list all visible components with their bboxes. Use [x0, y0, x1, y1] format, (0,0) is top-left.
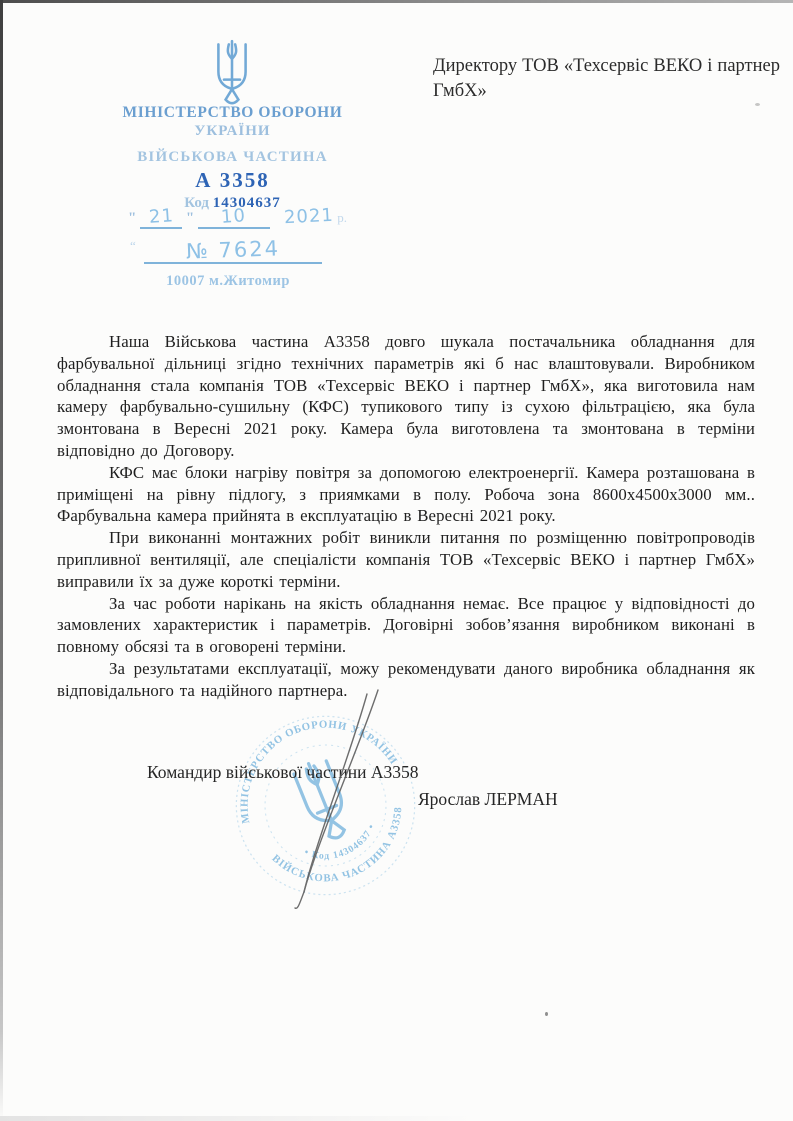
stamp-number-line: “ № 7624 — [130, 238, 350, 264]
handwritten-month: 10 — [221, 205, 247, 228]
military-unit-line: ВІЙСЬКОВА ЧАСТИНА — [90, 149, 375, 166]
date-quote-open: " — [128, 210, 136, 226]
paragraph-4: За час роботи нарікань на якість обладна… — [57, 593, 755, 658]
paragraph-1: Наша Військова частина А3358 довго шукал… — [57, 331, 755, 462]
country-line: УКРАЇНИ — [90, 123, 375, 140]
paragraph-3: При виконанні монтажних робіт виникли пи… — [57, 527, 755, 592]
unit-number: А 3358 — [90, 168, 375, 193]
date-suffix: р. — [337, 210, 347, 225]
handwritten-year: 2021 — [283, 205, 334, 229]
scan-artifact — [545, 1012, 548, 1016]
recipient-block: Директору ТОВ «Техсервіс ВЕКО і партнер … — [433, 54, 780, 104]
tryzub-icon — [207, 38, 257, 110]
handwritten-doc-number: № 7624 — [185, 236, 280, 263]
scan-edge-top — [0, 0, 793, 3]
scanned-letter-page: МІНІСТЕРСТВО ОБОРОНИ УКРАЇНИ ВІЙСЬКОВА Ч… — [0, 0, 793, 1121]
number-quote-mark: “ — [130, 238, 136, 253]
unit-address: 10007 м.Житомир — [128, 273, 328, 290]
signer-name: Ярослав ЛЕРМАН — [418, 789, 558, 810]
stamp-date-line: " 21 " 10 2021 р. — [128, 206, 388, 229]
handwritten-day: 21 — [148, 205, 174, 228]
paragraph-2: КФС має блоки нагріву повітря за допомог… — [57, 462, 755, 527]
paragraph-5: За результатами експлуатації, можу реком… — [57, 658, 755, 702]
scan-edge-bottom — [0, 1116, 476, 1121]
pen-signature — [270, 680, 400, 920]
letter-body: Наша Військова частина А3358 довго шукал… — [57, 331, 755, 702]
letterhead-stamp: МІНІСТЕРСТВО ОБОРОНИ УКРАЇНИ ВІЙСЬКОВА Ч… — [90, 104, 375, 212]
ministry-line: МІНІСТЕРСТВО ОБОРОНИ — [90, 104, 375, 122]
date-quote-close: " — [186, 210, 194, 226]
scan-edge-left — [0, 0, 3, 1121]
